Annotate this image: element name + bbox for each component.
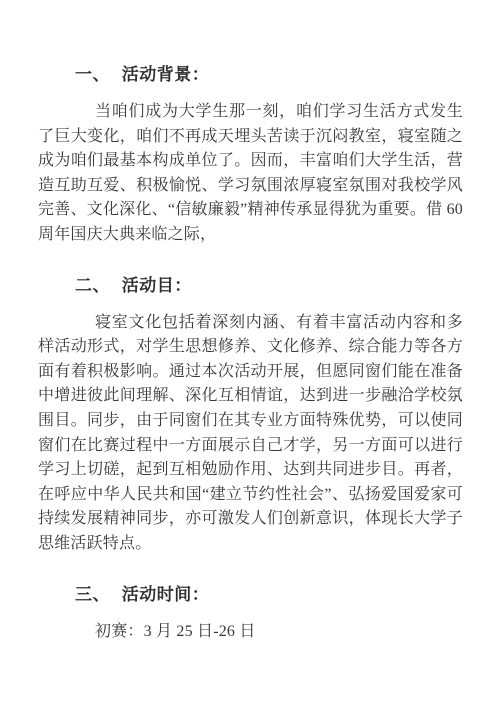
paragraph-purpose: 寝室文化包括着深刻内涵、有着丰富活动内容和多样活动形式，对学生思想修养、文化修养… xyxy=(38,311,463,557)
section-activity-background: 一、 活动背景： 当咱们成为大学生那一刻，咱们学习生活方式发生了巨大变化，咱们不… xyxy=(38,62,463,248)
document-page: 一、 活动背景： 当咱们成为大学生那一刻，咱们学习生活方式发生了巨大变化，咱们不… xyxy=(0,0,500,707)
section-activity-purpose: 二、 活动目： 寝室文化包括着深刻内涵、有着丰富活动内容和多样活动形式，对学生思… xyxy=(38,273,463,557)
heading-title: 活动时间： xyxy=(122,585,210,604)
paragraph-background: 当咱们成为大学生那一刻，咱们学习生活方式发生了巨大变化，咱们不再成天埋头苦读于沉… xyxy=(38,100,463,248)
section-heading-purpose: 二、 活动目： xyxy=(38,273,463,299)
section-heading-time: 三、 活动时间： xyxy=(38,582,463,608)
section-heading-background: 一、 活动背景： xyxy=(38,62,463,88)
heading-number: 一、 xyxy=(75,65,110,84)
heading-title: 活动背景： xyxy=(122,65,210,84)
heading-title: 活动目： xyxy=(122,276,192,295)
heading-number: 三、 xyxy=(75,585,110,604)
paragraph-schedule-preliminary: 初赛：3 月 25 日-26 日 xyxy=(38,620,463,645)
heading-number: 二、 xyxy=(75,276,110,295)
section-activity-time: 三、 活动时间： 初赛：3 月 25 日-26 日 xyxy=(38,582,463,645)
